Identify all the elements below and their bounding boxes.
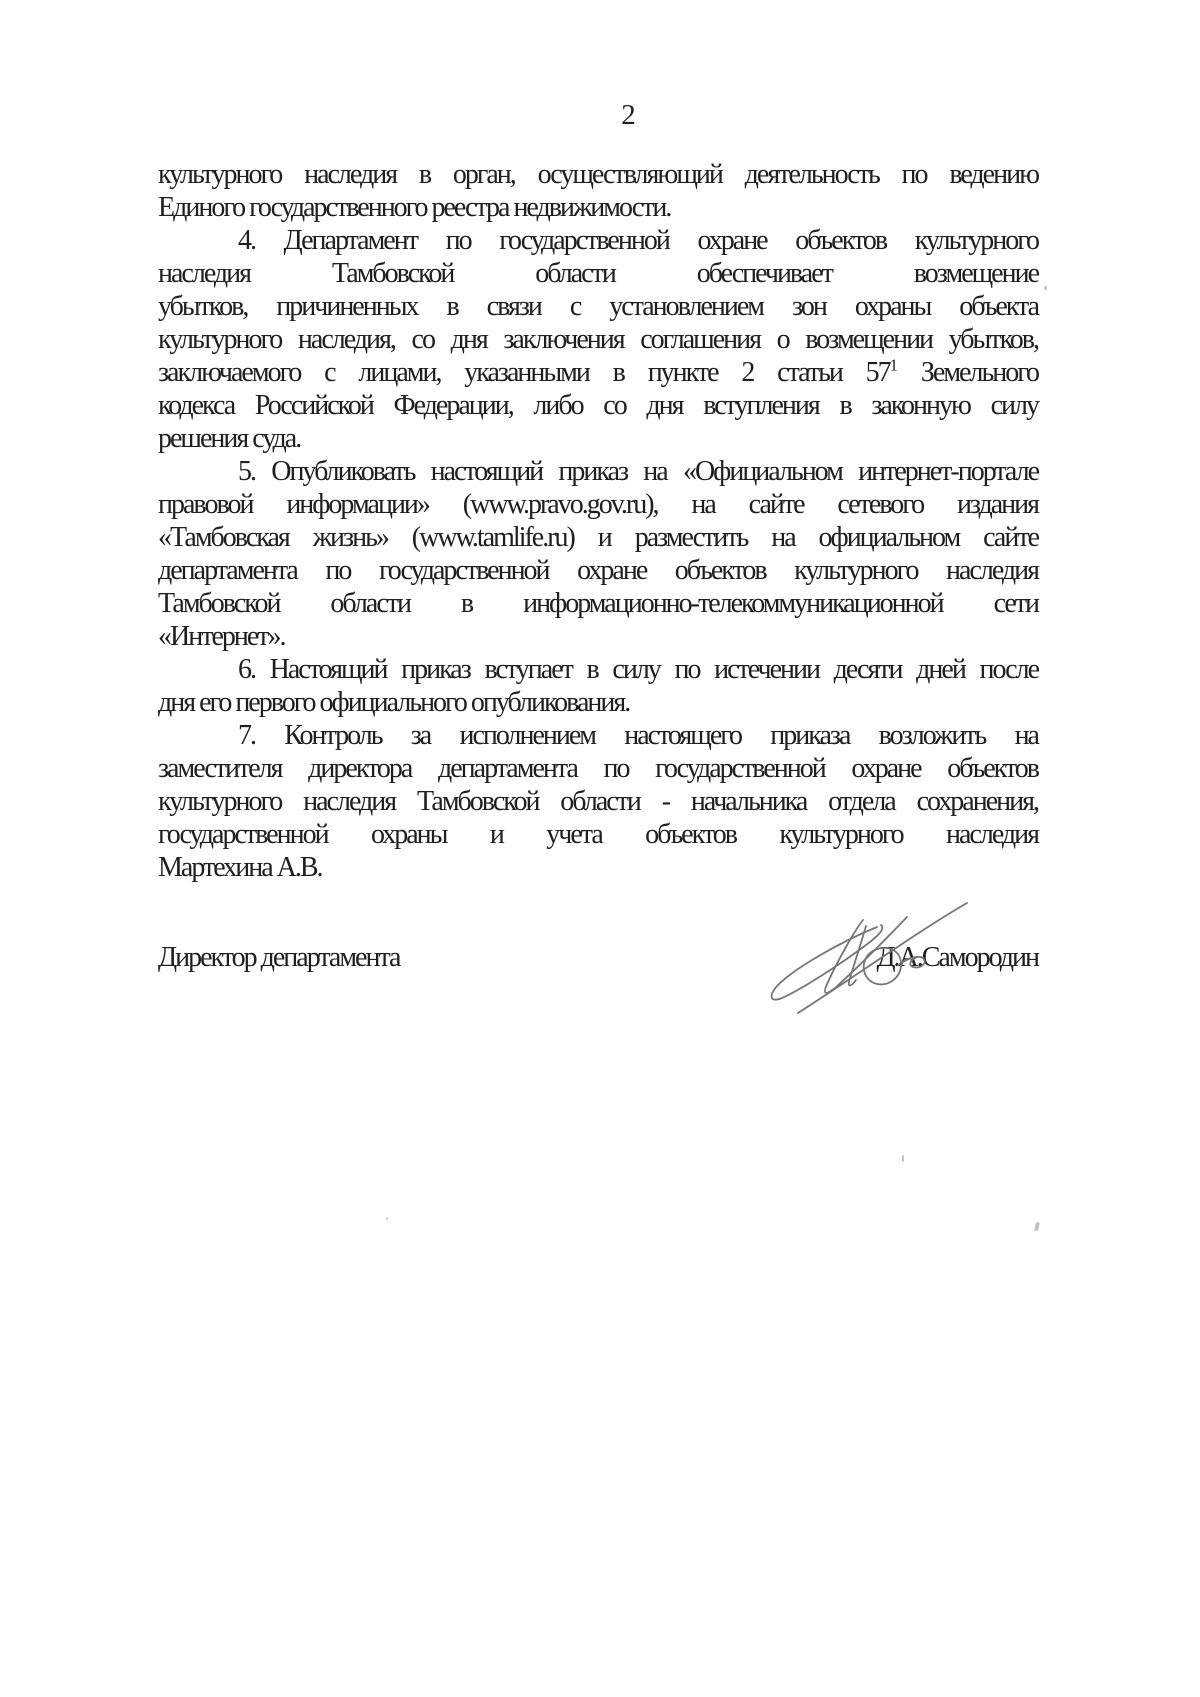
text-line: 6. Настоящий приказ вступает в силу по и… — [158, 653, 1038, 686]
signer-position: Директор департамента — [158, 941, 399, 974]
text-line: культурного наследия, со дня заключения … — [158, 323, 1038, 356]
handwritten-signature-icon — [670, 870, 970, 1050]
text-line: «Тамбовская жизнь» (www.tamlife.ru) и ра… — [158, 521, 1038, 554]
text-line: заключаемого с лицами, указанными в пунк… — [158, 356, 1038, 389]
text-line: 7. Контроль за исполнением настоящего пр… — [158, 719, 1038, 752]
text-line: правовой информации» (www.pravo.gov.ru),… — [158, 488, 1038, 521]
scanned-document-page: 2 культурного наследия в орган, осуществ… — [0, 0, 1200, 1697]
text-line: дня его первого официального опубликован… — [158, 686, 1038, 719]
text-line: государственной охраны и учета объектов … — [158, 818, 1038, 851]
text-line: решения суда. — [158, 422, 1038, 455]
text-line: департамента по государственной охране о… — [158, 554, 1038, 587]
scan-speck — [1044, 286, 1047, 290]
text-line: культурного наследия Тамбовской области … — [158, 785, 1038, 818]
text-line: кодекса Российской Федерации, либо со дн… — [158, 389, 1038, 422]
text-segment: заключаемого с лицами, указанными в пунк… — [158, 357, 890, 388]
text-line: Единого государственного реестра недвижи… — [158, 191, 1038, 224]
text-line: убытков, причиненных в связи с установле… — [158, 290, 1038, 323]
text-line: заместителя директора департамента по го… — [158, 752, 1038, 785]
scan-speck — [386, 1217, 388, 1220]
text-line: культурного наследия в орган, осуществля… — [158, 158, 1038, 191]
page-number: 2 — [158, 99, 1038, 132]
scan-speck — [902, 1155, 904, 1162]
text-line: Тамбовской области в информационно-телек… — [158, 587, 1038, 620]
text-line: наследия Тамбовской области обеспечивает… — [158, 257, 1038, 290]
text-line: 5. Опубликовать настоящий приказ на «Офи… — [158, 455, 1038, 488]
text-line: «Интернет». — [158, 620, 1038, 653]
scan-speck — [1034, 1222, 1040, 1232]
text-line: 4. Департамент по государственной охране… — [158, 224, 1038, 257]
superscript-footnote: 1 — [890, 356, 897, 375]
document-body: культурного наследия в орган, осуществля… — [158, 158, 1038, 884]
text-segment: Земельного — [897, 357, 1038, 388]
